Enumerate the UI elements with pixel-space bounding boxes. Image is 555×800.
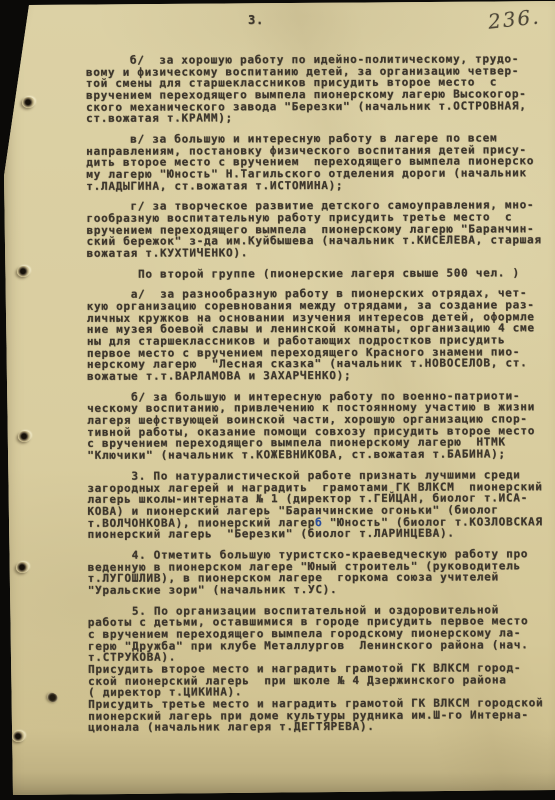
paragraph: а/ за разнообразную работу в пионерских … bbox=[87, 288, 555, 383]
text-line: "Уральские зори" (начальник т.УС). bbox=[88, 583, 555, 596]
text-line: По второй группе (пионерские лагеря свыш… bbox=[87, 267, 555, 280]
stitch-hole bbox=[16, 562, 29, 573]
paper-sheet: 3. 236. б/ за хорошую работу по идейно-п… bbox=[0, 0, 555, 800]
text-line: т.ЛАДЫГИНА, ст.вожатая т.ИСТОМИНА); bbox=[86, 179, 554, 192]
paragraph: 4. Отметить большую туристско-краеведчес… bbox=[88, 548, 555, 596]
text-line: ционала (начальник лагеря т.ДЕГТЯРЕВА). bbox=[88, 720, 555, 733]
stitch-hole bbox=[12, 731, 25, 742]
paragraph: г/ за творческое развитие детского самоу… bbox=[86, 200, 554, 260]
paragraph: б/ за хорошую работу по идейно-политичес… bbox=[86, 53, 554, 125]
text-line: пионерский лагерь "Березки" (биолог т.ЛА… bbox=[87, 527, 555, 540]
stitch-hole bbox=[22, 97, 35, 108]
stitch-hole bbox=[17, 266, 30, 277]
paragraph: По второй группе (пионерские лагеря свыш… bbox=[87, 267, 555, 280]
text-line: "Ключики" (начальник т.КОЖЕВНИКОВА, ст.в… bbox=[87, 448, 555, 461]
scanned-document-photo: 3. 236. б/ за хорошую работу по идейно-п… bbox=[0, 0, 555, 800]
text-line: ст.вожатая т.КРАММ); bbox=[86, 112, 554, 125]
paragraph: 3. По натуралистической работе признать … bbox=[87, 469, 555, 541]
page-number: 3. bbox=[248, 13, 264, 27]
document-body: б/ за хорошую работу по идейно-политичес… bbox=[86, 53, 555, 734]
paragraph: в/ за большую и интересную работу в лаге… bbox=[86, 132, 554, 192]
ink-blot-mark bbox=[46, 691, 59, 703]
paragraph: 5. По организации воспитательной и оздор… bbox=[88, 604, 555, 734]
stitch-hole bbox=[18, 431, 31, 442]
paragraph: б/ за большую и интересную работу по вое… bbox=[87, 390, 555, 462]
handwritten-folio-number: 236. bbox=[487, 4, 542, 33]
text-line: вожатая т.КУХТИЧЕНКО). bbox=[86, 246, 554, 259]
text-line: вожатые т.т.ВАРЛАМОВА и ЗАХАРЧЕНКО); bbox=[87, 369, 555, 382]
